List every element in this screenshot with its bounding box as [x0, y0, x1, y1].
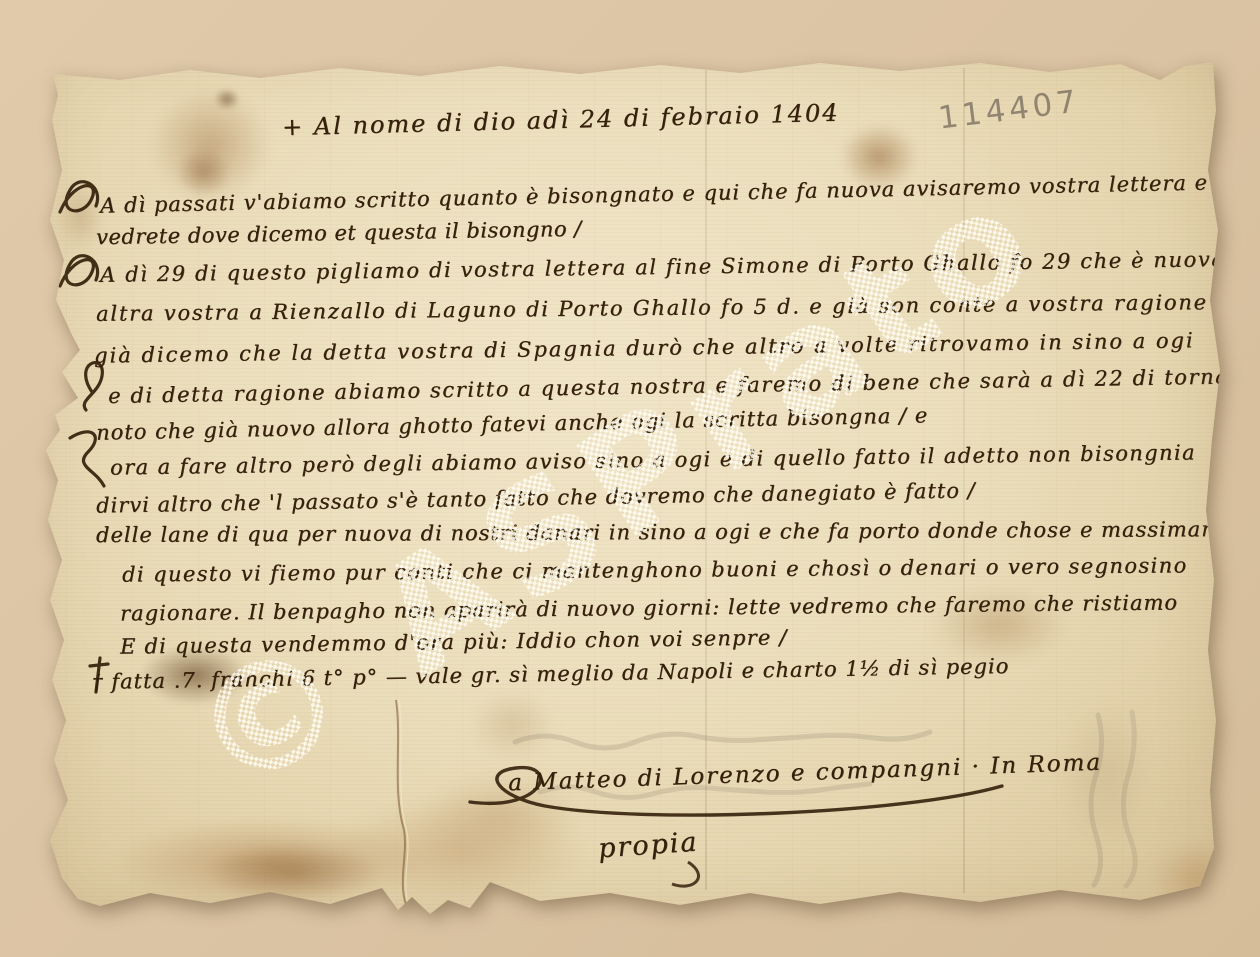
handwriting-line-12: ragionare. Il benpagho non aparirà di nu…: [120, 590, 1178, 625]
stain: [205, 843, 380, 901]
handwriting-line-6: e di detta ragione abiamo scritto a ques…: [108, 364, 1255, 408]
archive-number-pencil: 114407: [936, 83, 1082, 136]
stain-corner-bottom-right: [1150, 840, 1245, 915]
handwriting-line-11: di questo vi fiemo pur conti che ci mant…: [122, 553, 1188, 586]
handwriting-line-14: † fatta .7. franchi 6 t° p° — vale gr. s…: [92, 654, 1010, 694]
handwriting-line-4: altra vostra a Rienzallo di Laguno di Po…: [96, 290, 1208, 326]
heading-line: + Al nome di dio adì 24 di febraio 1404: [282, 99, 840, 142]
stain-bottom-left-large: [115, 818, 425, 906]
stain: [470, 690, 555, 760]
manuscript-letter-sheet: + Al nome di dio adì 24 di febraio 1404 …: [0, 0, 1260, 957]
stain: [330, 798, 590, 903]
sender-mark: propia: [597, 827, 699, 865]
handwriting-line-8: ora a fare altro però degli abiamo aviso…: [110, 440, 1196, 479]
archival-photo-background: + Al nome di dio adì 24 di febraio 1404 …: [0, 0, 1260, 957]
handwriting-line-2: vedrete dove dicemo et questa il bisongn…: [96, 217, 582, 249]
handwriting-line-9: dirvi altro che 'l passato s'è tanto fat…: [96, 478, 976, 517]
stain: [214, 88, 240, 110]
handwriting-line-5: già dicemo che la detta vostra di Spagni…: [94, 328, 1195, 367]
ink-decorations: [0, 0, 1260, 957]
handwriting-line-3: A dì 29 di questo pigliamo di vostra let…: [100, 247, 1226, 287]
handwriting-line-7: noto che già nuovo allora ghotto fatevi …: [96, 403, 929, 444]
edge-vignette: [0, 0, 1260, 957]
stain: [150, 88, 270, 203]
handwriting-line-10: delle lane di qua per nuova di nostri da…: [96, 517, 1260, 547]
address-line: a Matteo di Lorenzo e compangni · In Rom…: [508, 750, 1103, 797]
stain: [176, 148, 231, 196]
handwriting-line-1: A dì passati v'abiamo scritto quanto è b…: [100, 168, 1260, 217]
laid-paper-texture: [0, 0, 1260, 957]
handwriting-line-13: E di questa vendemmo d'ora più: Iddio ch…: [120, 625, 788, 658]
paper-shadow: + Al nome di dio adì 24 di febraio 1404 …: [0, 0, 1260, 957]
